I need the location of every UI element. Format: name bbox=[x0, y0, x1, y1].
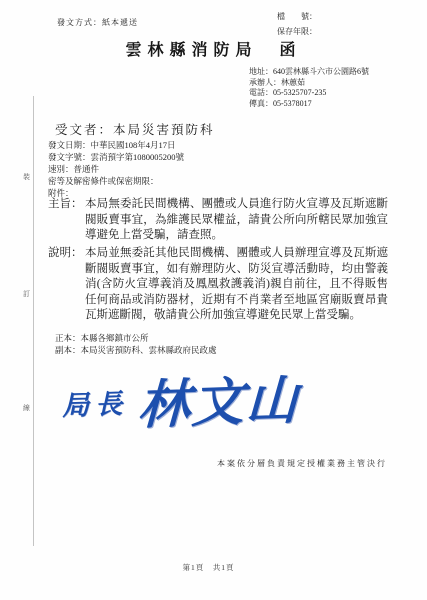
issue-date: 發文日期：中華民國108年4月17日 bbox=[48, 139, 184, 151]
explanation-paragraph: 說明： 本局並無委託其他民間機構、團體或人員辦理宣導及瓦斯遮斷閥販賣事宜，如有辦… bbox=[48, 246, 388, 324]
binding-mark-ding: 訂 bbox=[23, 289, 30, 299]
binding-mark-zhuang: 裝 bbox=[23, 172, 30, 182]
recipient-line: 受文者：本局災害預防科 bbox=[55, 120, 215, 138]
page-number-footer: 第1頁 共1頁 bbox=[0, 562, 417, 573]
official-letter-page: 裝 訂 線 發文方式：紙本遞送 檔 號： 保存年限： 雲林縣消防局 函 地址：6… bbox=[0, 0, 427, 600]
subject-paragraph: 主旨： 本局無委託民間機構、團體或人員進行防火宣導及瓦斯遮斷閥販賣事宜，為維護民… bbox=[48, 197, 388, 244]
cc-recipients: 副本：本局災害預防科、雲林縣政府民政處 bbox=[55, 344, 217, 356]
agency-phone: 電話：05-5325707-235 bbox=[249, 88, 369, 99]
subject-text: 本局無委託民間機構、團體或人員進行防火宣導及瓦斯遮斷閥販賣事宜，為維護民眾權益，… bbox=[85, 197, 388, 244]
speed-class: 速別：普通件 bbox=[48, 163, 184, 175]
agency-contact-person: 承辦人：林蕙茹 bbox=[249, 78, 369, 89]
signature-name: 林文山 bbox=[137, 358, 302, 439]
director-signature: 局長 林文山 bbox=[61, 351, 344, 446]
agency-info-block: 地址：640雲林縣斗六市公園路6號 承辦人：林蕙茹 電話：05-5325707-… bbox=[249, 67, 369, 109]
document-title: 雲林縣消防局 函 bbox=[0, 37, 427, 60]
document-meta-block: 發文日期：中華民國108年4月17日 發文字號：雲消預字第1080005200號… bbox=[48, 139, 184, 199]
delivery-method: 發文方式：紙本遞送 bbox=[57, 17, 138, 28]
copies-block: 正本：本縣各鄉鎮市公所 副本：本局災害預防科、雲林縣政府民政處 bbox=[55, 332, 217, 356]
file-number-label: 檔 號： bbox=[277, 11, 317, 22]
authorization-note: 本案依分層負責規定授權業務主管決行 bbox=[217, 458, 387, 469]
agency-address: 地址：640雲林縣斗六市公園路6號 bbox=[249, 67, 369, 78]
document-number: 發文字號：雲消預字第1080005200號 bbox=[48, 151, 184, 163]
subject-label: 主旨： bbox=[48, 197, 85, 213]
agency-fax: 傳真：05-5378017 bbox=[249, 99, 369, 110]
security-class: 密等及解密條件或保密期限： bbox=[48, 175, 184, 187]
signature-title: 局長 bbox=[61, 382, 128, 423]
original-recipients: 正本：本縣各鄉鎮市公所 bbox=[55, 332, 217, 344]
binding-mark-xian: 線 bbox=[23, 403, 30, 413]
explanation-label: 說明： bbox=[48, 246, 85, 262]
binding-line bbox=[33, 96, 34, 546]
explanation-text: 本局並無委託其他民間機構、團體或人員辦理宣導及瓦斯遮斷閥販賣事宜，如有辦理防火、… bbox=[85, 246, 388, 324]
retention-period-label: 保存年限： bbox=[277, 26, 317, 37]
